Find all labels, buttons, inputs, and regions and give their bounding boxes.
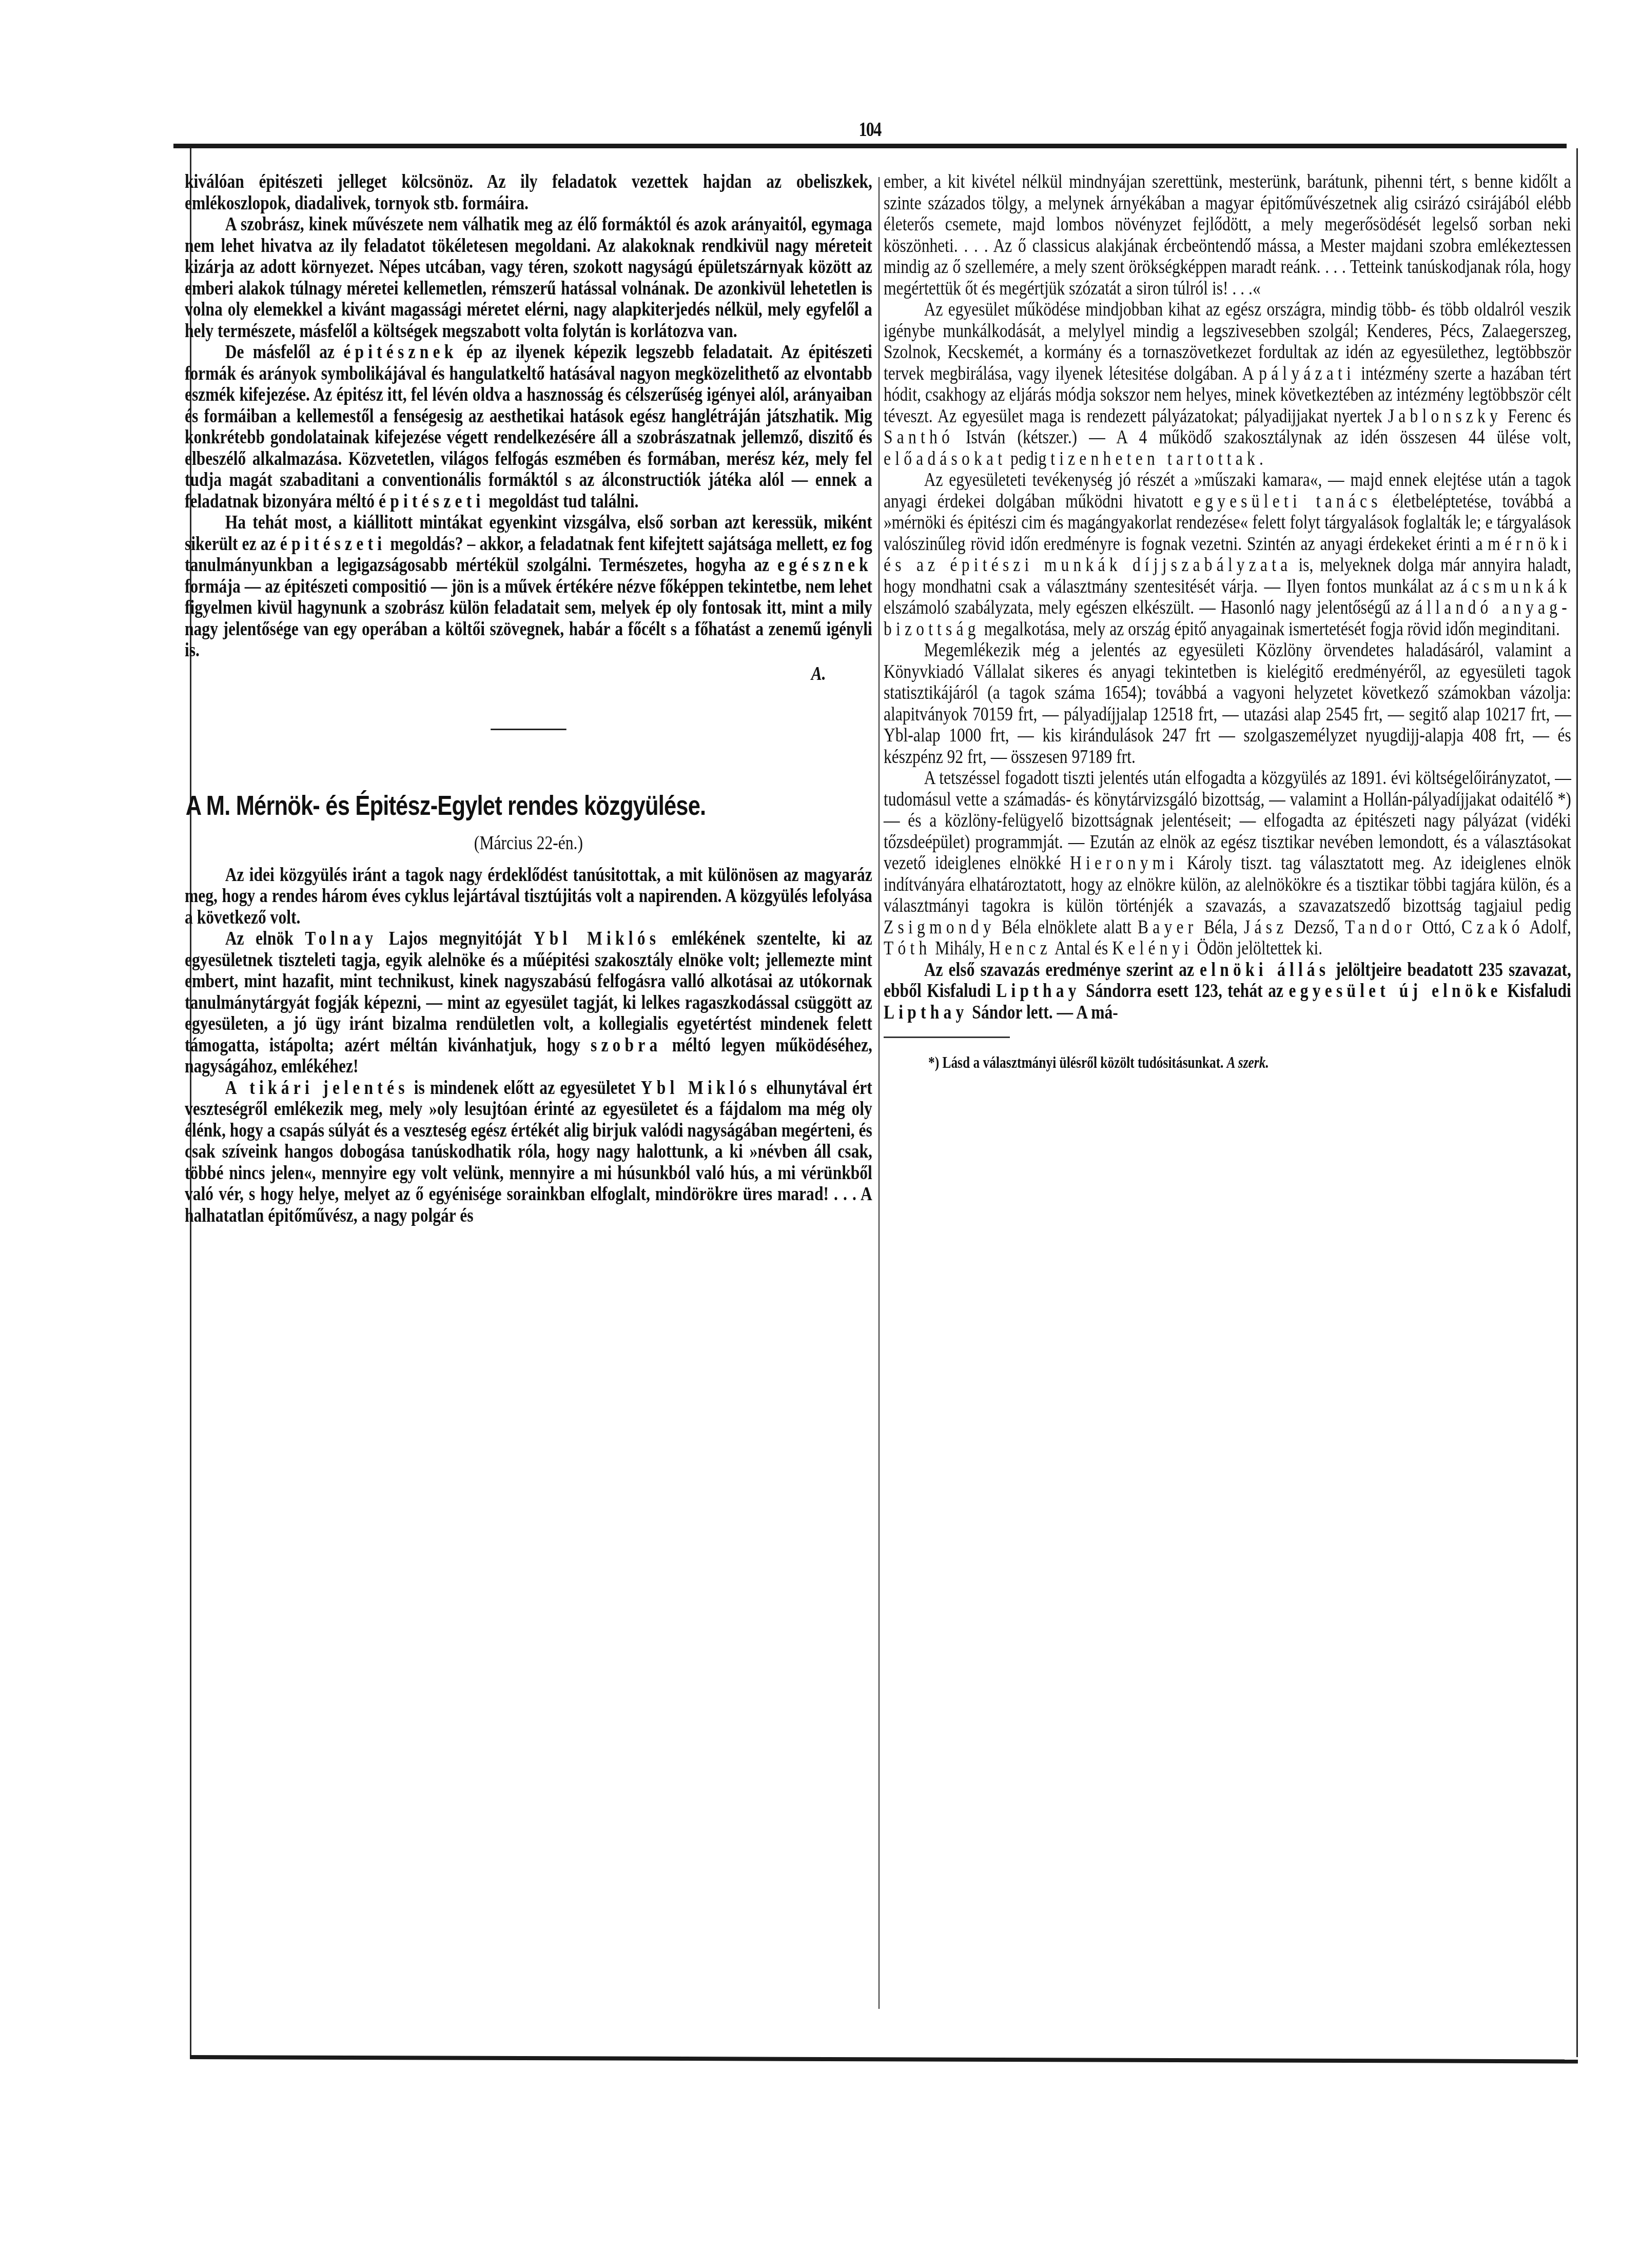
emphasized-text: épitésznek xyxy=(343,341,457,363)
person-name: Ybl Miklós xyxy=(534,928,660,949)
article-title: A M. Mérnök- és Épitész-Egylet rendes kö… xyxy=(186,791,872,822)
emphasized-text: egésznek xyxy=(777,554,872,576)
article-date: (Március 22-én.) xyxy=(185,833,872,854)
emphasized-text: ácsmunkák xyxy=(1460,576,1571,597)
paragraph: A tikári jelentés is mindenek előtt az e… xyxy=(185,1078,872,1227)
person-name: Hieronymi xyxy=(1070,852,1178,874)
text-run: pedig xyxy=(1006,448,1050,470)
section-separator xyxy=(491,729,567,730)
person-name: Bayer xyxy=(1138,916,1197,938)
person-name: Lipthay xyxy=(996,980,1080,1002)
person-name: Czakó xyxy=(1461,916,1524,938)
emphasized-text: pályázati xyxy=(1259,363,1355,384)
emphasized-text: A tikári jelentés xyxy=(225,1077,409,1099)
page-number: 104 xyxy=(851,117,888,141)
right-column: ember, a kit kivétel nélkül mindnyájan s… xyxy=(884,171,1571,1072)
text-run: Az első szavazás eredménye szerint az xyxy=(924,959,1200,981)
text-run: formája — az épitészeti compositió — jön… xyxy=(185,576,872,661)
paragraph: ember, a kit kivétel nélkül mindnyájan s… xyxy=(884,171,1571,299)
frame-right-border xyxy=(1576,148,1578,2057)
text-run: ép az ilyenek képezik legszebb feladatai… xyxy=(185,341,872,512)
emphasized-text: tizenheten tartottak xyxy=(1050,448,1259,470)
paragraph: Ha tehát most, a kiállitott mintákat egy… xyxy=(185,512,872,661)
person-name: Hencz xyxy=(989,937,1051,959)
column-divider xyxy=(878,177,880,2009)
text-run: Adolf, xyxy=(1524,916,1571,938)
text-run: Béla, xyxy=(1198,916,1244,938)
text-run: is mindenek előtt az egyesületet xyxy=(409,1077,641,1099)
text-run: Ferenc és xyxy=(1502,405,1571,427)
text-run: elhunytával ért veszteségről emlékezik m… xyxy=(185,1077,872,1226)
text-run: Béla elnöklete alatt xyxy=(995,916,1138,938)
text-run: Dezső, xyxy=(1287,916,1345,938)
emphasized-text: szobra xyxy=(591,1034,662,1056)
person-name: Ybl Miklós xyxy=(641,1077,761,1099)
paragraph: Az elnök Tolnay Lajos megnyitóját Ybl Mi… xyxy=(185,928,872,1078)
emphasized-text: épitészeti xyxy=(379,491,484,512)
emphasized-text: egyesület új elnöke xyxy=(1289,980,1502,1002)
person-name: Santhó xyxy=(884,426,954,448)
person-name: Zsigmondy xyxy=(884,916,995,938)
text-run: Sándor lett. — A má- xyxy=(968,1002,1118,1023)
text-run: megoldást tud találni. xyxy=(484,491,638,512)
paragraph: kiválóan épitészeti jelleget kölcsönöz. … xyxy=(185,171,872,214)
top-rule xyxy=(173,144,1567,148)
paragraph: Az idei közgyülés iránt a tagok nagy érd… xyxy=(185,865,872,929)
text-run: István (kétszer.) — A 4 működő szakosztá… xyxy=(954,426,1571,448)
footnote-text: *) Lásd a választmányi ülésről közölt tu… xyxy=(928,1053,1224,1071)
text-run: Antal és xyxy=(1051,937,1112,959)
emphasized-text: előadásokat xyxy=(884,448,1006,470)
paragraph: Az első szavazás eredménye szerint az el… xyxy=(884,960,1571,1024)
author-signature: A. xyxy=(185,663,872,685)
emphasized-text: elnöki állás xyxy=(1200,959,1330,981)
text-run: Kisfaludi xyxy=(1502,980,1571,1002)
paragraph: A szobrász, kinek művészete nem válhatik… xyxy=(185,214,872,342)
bottom-rule xyxy=(190,2055,1578,2063)
text-run: De másfelől az xyxy=(225,341,343,363)
paragraph: Az egyesület működése mindjobban kihat a… xyxy=(884,299,1571,470)
person-name: Tandor xyxy=(1345,916,1416,938)
paragraph: Az egyesületeti tevékenység jó részét a … xyxy=(884,470,1571,640)
paragraph: A tetszéssel fogadott tiszti jelentés ut… xyxy=(884,768,1571,960)
footnote-separator xyxy=(884,1037,1010,1038)
person-name: Jász xyxy=(1244,916,1287,938)
text-run: Mihály, xyxy=(931,937,989,959)
emphasized-text: egyesületi tanács xyxy=(1194,491,1382,512)
text-run: Ödön jelöltettek ki. xyxy=(1193,937,1323,959)
paragraph: Megemlékezik még a jelentés az egyesület… xyxy=(884,640,1571,768)
text-run: . xyxy=(1259,448,1263,470)
emphasized-text: épitészeti xyxy=(280,533,386,555)
text-run: Ottó, xyxy=(1416,916,1461,938)
paragraph: De másfelől az épitésznek ép az ilyenek … xyxy=(185,342,872,512)
text-run: Az elnök xyxy=(225,928,305,949)
footnote-editor-mark: A szerk. xyxy=(1227,1053,1269,1071)
text-run: elszámoló szabályzata, mely egészen elké… xyxy=(884,597,1415,618)
footnote: *) Lásd a választmányi ülésről közölt tu… xyxy=(884,1053,1571,1072)
person-name: Lipthay xyxy=(884,1002,968,1023)
text-run: Lajos megnyitóját xyxy=(377,928,533,949)
text-run: Sándorra esett 123, tehát az xyxy=(1081,980,1289,1002)
person-name: Kelényi xyxy=(1112,937,1193,959)
person-name: Jablonszky xyxy=(1388,405,1502,427)
person-name: Tolnay xyxy=(305,928,377,949)
person-name: Tóth xyxy=(884,937,931,959)
left-column: kiválóan épitészeti jelleget kölcsönöz. … xyxy=(185,171,872,1226)
text-run: megalkotása, mely az ország épitő anyaga… xyxy=(980,618,1560,640)
